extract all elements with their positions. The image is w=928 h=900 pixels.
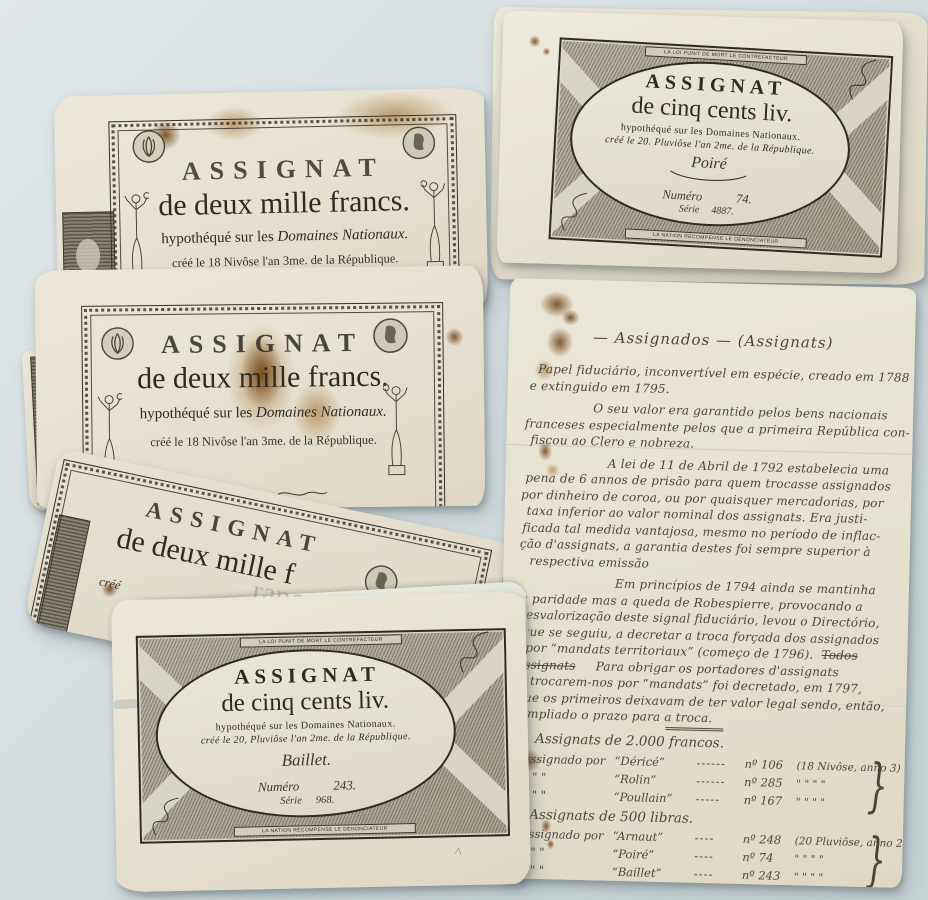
denomination: de deux mille francs. xyxy=(83,359,443,397)
printed-frame: LA LOI PUNIT DE MORT LE CONTREFACTEUR LA… xyxy=(136,628,510,844)
handwritten-note-page: — Assignados — (Assignats) Papel fiduciá… xyxy=(496,278,917,888)
sprig-medallion-icon xyxy=(100,326,134,365)
note-line-text: e extinguido em 1795. xyxy=(530,378,670,395)
hypothec-italic: Domaines Nationaux. xyxy=(277,226,408,245)
note-line-text: ampliado o prazo para a troca. xyxy=(520,706,713,725)
brace: } xyxy=(865,825,887,888)
assignat-title: ASSIGNAT xyxy=(229,662,380,690)
stain xyxy=(561,309,579,325)
serie-value: 968. xyxy=(316,795,335,806)
row-signer: “Poiré” xyxy=(612,846,694,865)
row-signer: “Arnaut” xyxy=(613,828,695,847)
allegorical-figure-icon xyxy=(421,177,449,279)
central-oval: ASSIGNAT de cinq cents liv. hypothéqué s… xyxy=(566,54,855,233)
underline-flourish xyxy=(665,727,723,731)
row-signer: “Déricé” xyxy=(614,753,696,772)
printed-frame: LA LOI PUNIT DE MORT LE CONTREFACTEUR LA… xyxy=(548,37,893,257)
row-number: nº 248 xyxy=(743,831,795,849)
row-dots: ----- xyxy=(696,791,744,809)
row-number: nº 74 xyxy=(742,849,794,867)
row-dots: ---- xyxy=(695,830,743,848)
row-number: nº 167 xyxy=(743,792,795,810)
medallion-blob xyxy=(76,239,101,273)
created-line: créé le 18 Nivôse l'an 3me. de la Républ… xyxy=(83,432,443,451)
numero-label: Numéro xyxy=(258,778,300,795)
brace: } xyxy=(867,751,889,819)
signature-flourish-icon xyxy=(666,168,751,191)
stain xyxy=(529,35,541,47)
micro-text-top: LA LOI PUNIT DE MORT LE CONTREFACTEUR xyxy=(240,634,402,647)
row-dots: ------ xyxy=(696,755,744,773)
micro-text-bottom: LA NATION RÉCOMPENSE LE DÉNONCIATEUR xyxy=(625,228,807,248)
serie-row: Série 4887. xyxy=(679,203,735,217)
photo-of-assignats: ASSIGNAT de deux mille francs. hypothéqu… xyxy=(0,0,928,900)
assignat-500-livres-baillet: LA LOI PUNIT DE MORT LE CONTREFACTEUR LA… xyxy=(111,592,531,893)
medallion-portrait-icon xyxy=(372,317,408,358)
row-date: (20 Pluviôse, anno 2º) xyxy=(794,833,911,853)
medallion-portrait-icon xyxy=(401,126,436,166)
row-signer: “Rolin” xyxy=(614,771,696,790)
sprig-medallion-icon xyxy=(131,129,166,169)
numero-label: Numéro xyxy=(662,187,703,204)
serie-value: 4887. xyxy=(711,205,734,217)
row-dots: ------ xyxy=(696,773,744,791)
hypothec-line: hypothéqué sur les Domaines Nationaux. xyxy=(83,403,443,424)
note-list-500: Assignats de 500 libras. 1 assignado por… xyxy=(510,806,898,888)
numero-value: 74. xyxy=(736,192,752,208)
denomination: de cinq cents liv. xyxy=(221,687,389,719)
row-number: nº 106 xyxy=(744,756,796,774)
note-line-text: respectiva emissão xyxy=(529,553,649,570)
assignat-title: ASSIGNAT xyxy=(110,151,457,188)
created-line: créé le 20, Pluviôse l'an 2me. de la Rép… xyxy=(201,731,411,746)
denomination: de deux mille francs. xyxy=(111,183,458,224)
stain xyxy=(445,328,463,346)
hypothec-line: hypothéqué sur les Domaines Nationaux. xyxy=(112,225,458,249)
note-line-text: fiscou ao Clero e nobreza. xyxy=(530,433,694,451)
note-title: — Assignados — (Assignats) xyxy=(593,328,834,352)
central-oval: ASSIGNAT de cinq cents liv. hypothéqué s… xyxy=(154,646,457,820)
serie-label: Série xyxy=(280,795,302,806)
assignat-500-livres-poire: LA LOI PUNIT DE MORT LE CONTREFACTEUR LA… xyxy=(497,10,904,273)
numero-row: Numéro 243. xyxy=(258,777,356,795)
micro-text-bottom: LA NATION RÉCOMPENSE LE DÉNONCIATEUR xyxy=(234,823,416,837)
row-signer: “Poullain” xyxy=(614,789,696,808)
allegorical-figure-icon xyxy=(383,381,410,482)
note-body: Papel fiduciário, inconvertível em espéc… xyxy=(515,360,906,735)
row-number: nº 285 xyxy=(744,774,796,792)
hypothec-prefix: hypothéqué sur les xyxy=(161,229,278,247)
engraved-border xyxy=(34,514,91,640)
fold-mark: ^ xyxy=(453,845,462,863)
serie-row: Série 968. xyxy=(280,795,334,807)
hypothec-prefix: hypothéqué sur les xyxy=(140,405,256,422)
stain xyxy=(546,327,573,358)
note-list-2000: Assignats de 2.000 francos. 1 assignado … xyxy=(512,730,900,813)
row-dots: ---- xyxy=(694,848,742,866)
serie-label: Série xyxy=(679,203,700,215)
struck-word: Todos xyxy=(821,648,858,663)
row-number: nº 243 xyxy=(742,867,794,885)
hypothec-italic: Domaines Nationaux. xyxy=(256,404,387,421)
row-signer: “Baillet” xyxy=(612,864,694,883)
assignat-title: ASSIGNAT xyxy=(82,327,442,361)
signature: Baillet. xyxy=(281,750,331,771)
row-dots: ---- xyxy=(694,866,742,884)
stain xyxy=(542,48,550,56)
numero-value: 243. xyxy=(333,777,356,793)
